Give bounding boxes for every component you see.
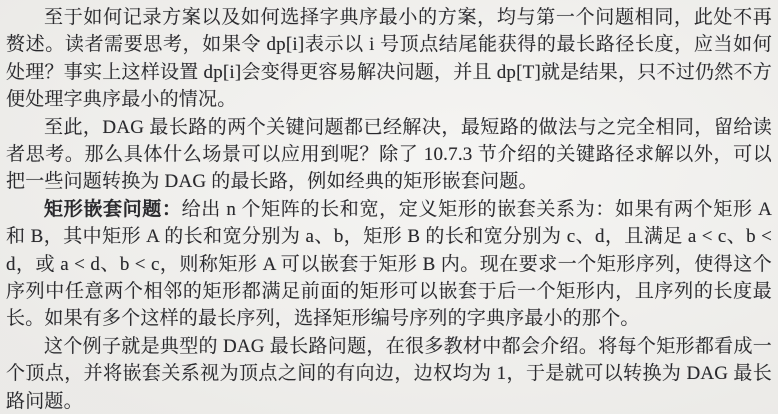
paragraph-dp-recording: 至于如何记录方案以及如何选择字典序最小的方案，均与第一个问题相同，此处不再赘述。…	[6, 4, 772, 114]
paragraph-text: 至于如何记录方案以及如何选择字典序最小的方案，均与第一个问题相同，此处不再赘述。…	[6, 7, 772, 110]
paragraph-rectangle-nesting-problem: 矩形嵌套问题：给出 n 个矩阵的长和宽，定义矩形的嵌套关系为：如果有两个矩形 A…	[6, 196, 772, 333]
paragraph-lead-bold: 矩形嵌套问题：	[44, 199, 182, 220]
paragraph-text: 至此，DAG 最长路的两个关键问题都已经解决，最短路的做法与之完全相同，留给读者…	[6, 117, 772, 193]
book-page-scan: 至于如何记录方案以及如何选择字典序最小的方案，均与第一个问题相同，此处不再赘述。…	[0, 0, 778, 414]
paragraph-example-conversion: 这个例子就是典型的 DAG 最长路问题，在很多教材中都会介绍。将每个矩形都看成一…	[6, 333, 772, 414]
paragraph-dag-summary: 至此，DAG 最长路的两个关键问题都已经解决，最短路的做法与之完全相同，留给读者…	[6, 114, 772, 196]
paragraph-text: 这个例子就是典型的 DAG 最长路问题，在很多教材中都会介绍。将每个矩形都看成一…	[6, 336, 772, 412]
